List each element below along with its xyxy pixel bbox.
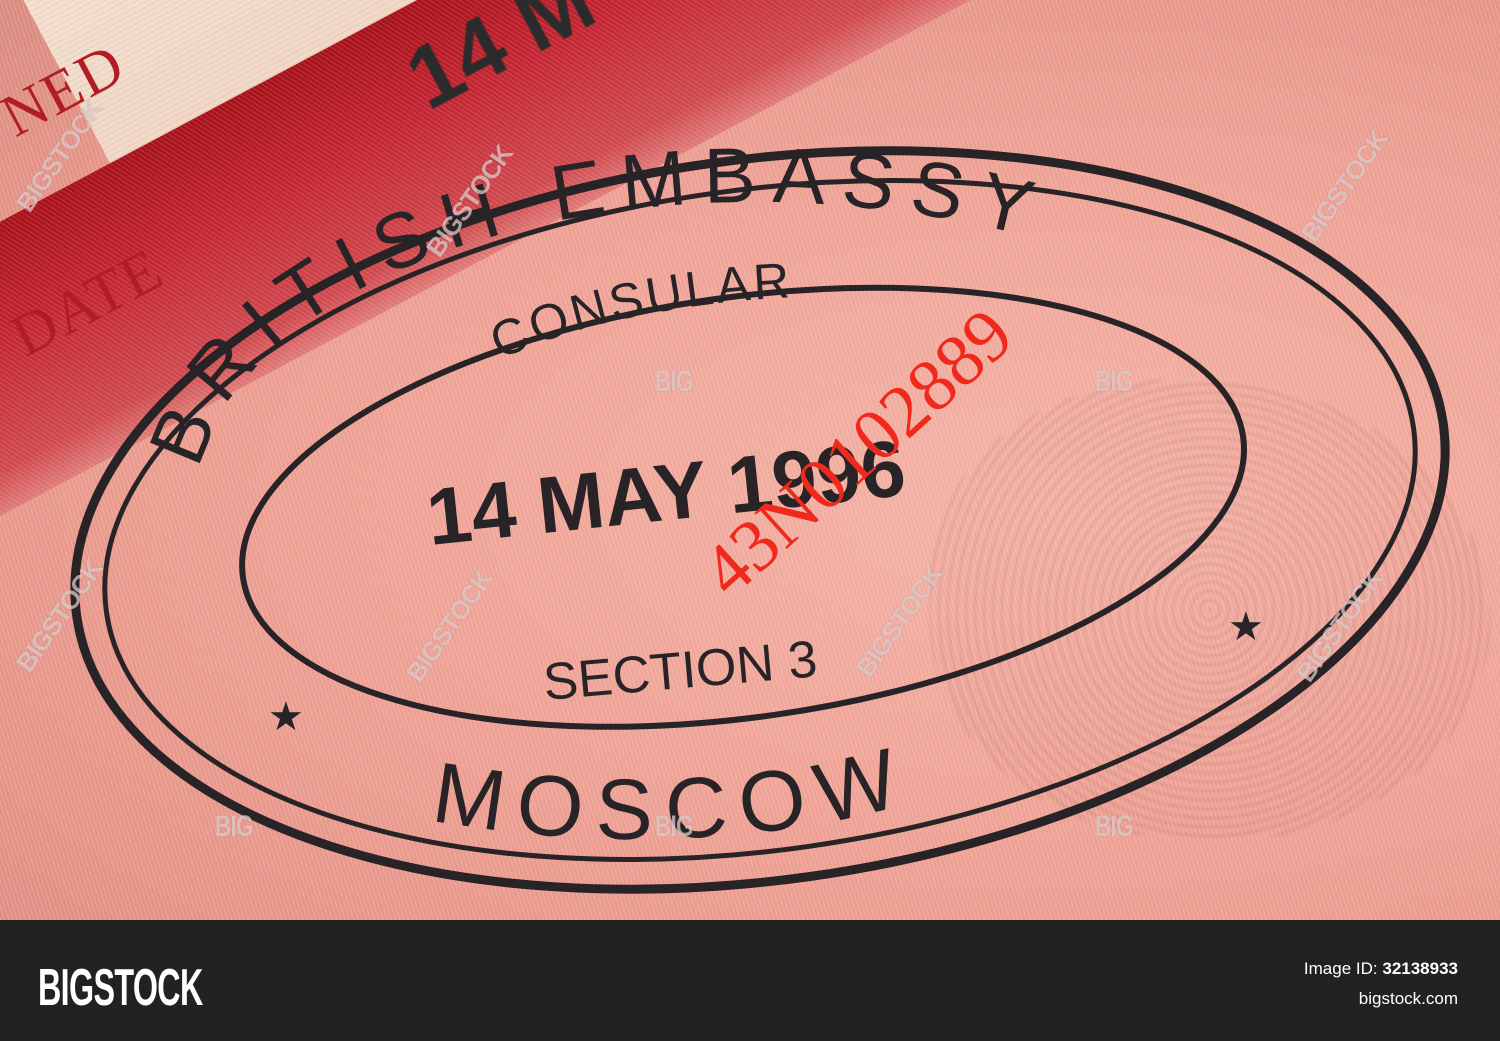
- bigstock-logo: BIGSTOCK: [38, 958, 203, 1018]
- image-meta: Image ID: 32138933 bigstock.com: [1304, 954, 1458, 1014]
- star-icon-left: ★: [268, 695, 304, 739]
- site-link[interactable]: bigstock.com: [1304, 984, 1458, 1014]
- embassy-stamp: BRITISH EMBASSY MOSCOW CONSULAR 14 MAY 1…: [0, 0, 1500, 920]
- watermark-big: BIG: [1095, 365, 1133, 399]
- watermark-big: BIG: [655, 810, 693, 844]
- watermark-big: BIG: [1095, 810, 1133, 844]
- stamp-consular-text: CONSULAR: [482, 252, 794, 370]
- image-id-line: Image ID: 32138933: [1304, 954, 1458, 984]
- image-id-value: 32138933: [1382, 959, 1458, 978]
- watermark-big: BIG: [655, 365, 693, 399]
- watermark-footer: BIGSTOCK Image ID: 32138933 bigstock.com: [0, 920, 1500, 1041]
- image-id-label: Image ID:: [1304, 959, 1378, 978]
- stock-photo: NED DATE 14 M BRITISH EMBASSY MOSCOW CON…: [0, 0, 1500, 920]
- star-icon-right: ★: [1228, 605, 1264, 649]
- stamp-section-text: SECTION 3: [541, 630, 820, 712]
- watermark-big: BIG: [215, 810, 253, 844]
